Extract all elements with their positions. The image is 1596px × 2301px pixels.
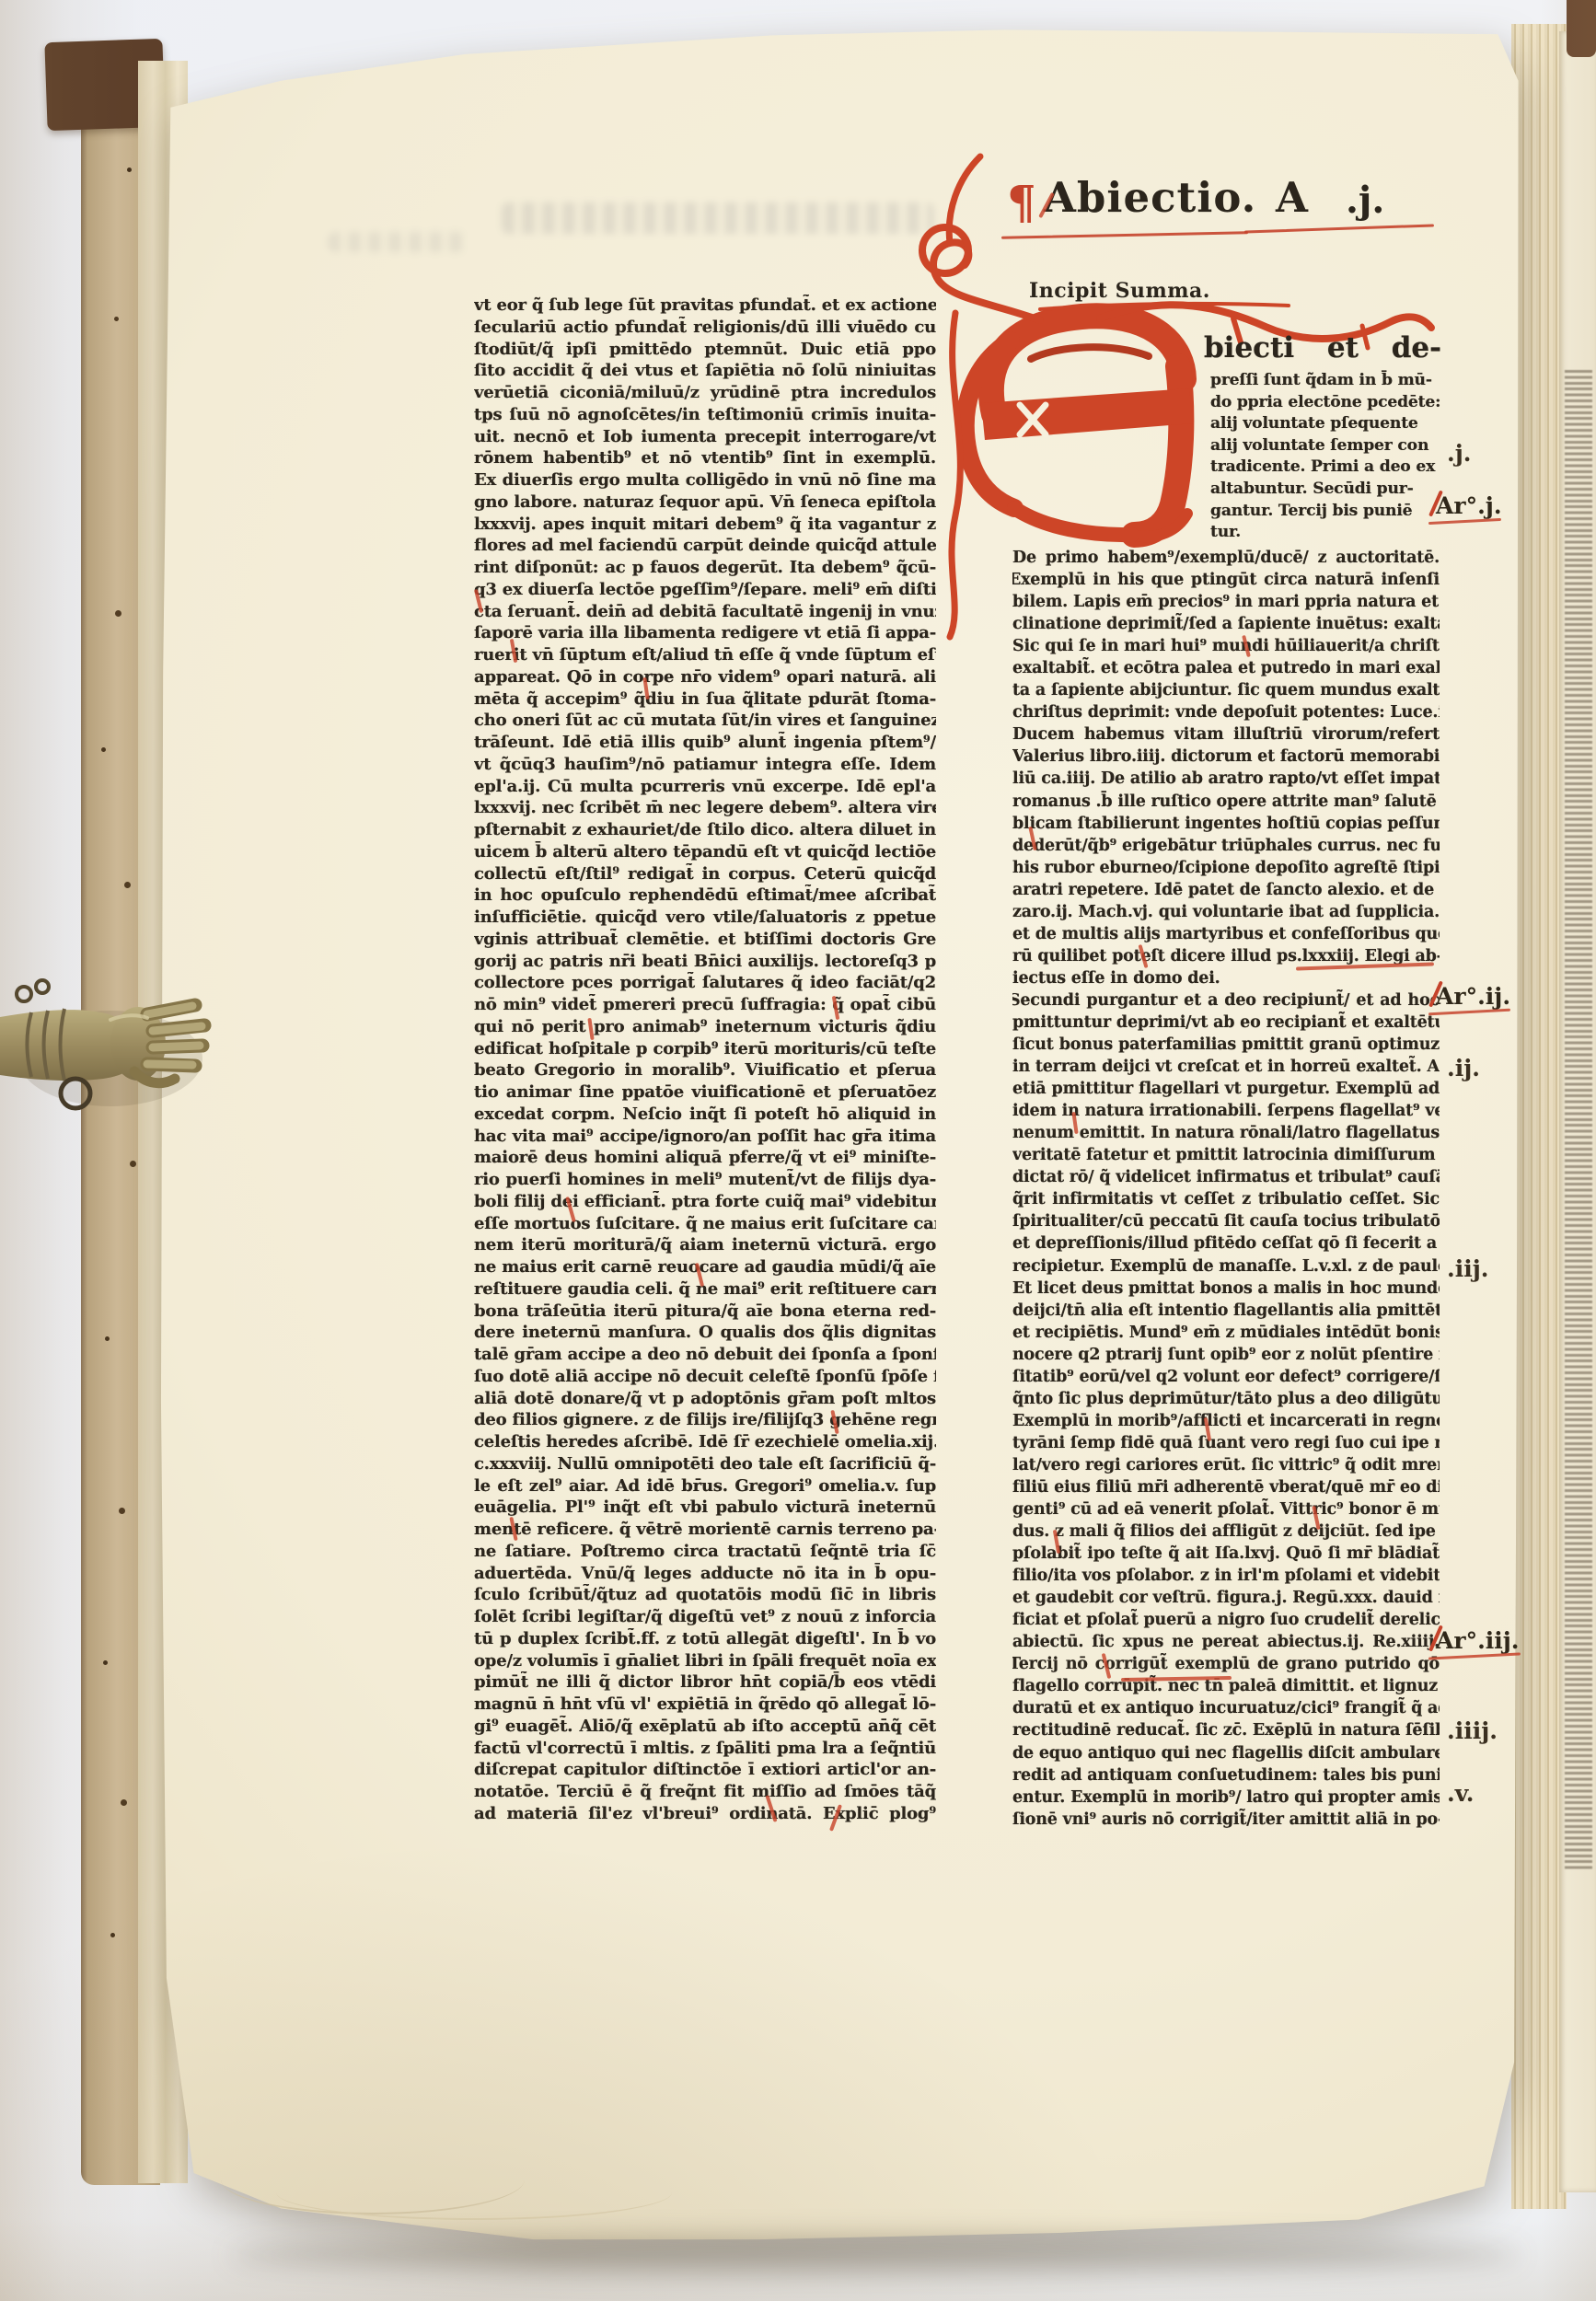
text-line: q̃nto ſic plus deprimūtur/tāto plus a de… xyxy=(1012,1388,1440,1410)
text-line: ſitatib⁹ eorū/vel q2 volunt eor defect⁹ … xyxy=(1012,1366,1440,1388)
text-line: his rubor eburneo/ſcipione depoſito agre… xyxy=(1012,857,1440,879)
text-line: et gaudebit cor veſtrū. figura.j. Regū.x… xyxy=(1012,1587,1440,1609)
text-line: notatōe. Terciū ē q̃ freq̃nt fit miſſio … xyxy=(474,1781,936,1803)
text-line: ¶Secundi purgantur et a deo recipiunt̃/ … xyxy=(1012,989,1440,1012)
text-line: deo filios gignere. z de filijs ire/fili… xyxy=(474,1409,936,1431)
text-line: tradicente. Primi a deo ex xyxy=(1210,457,1440,479)
text-line: Valerius libro.iiij. dictorum et factorū… xyxy=(1012,746,1440,768)
text-line: vginis attribuat̃ clemētie. et btiſſimi … xyxy=(474,929,936,951)
text-line: cho oneri ſūt ac cū mutata ſūt/in vires … xyxy=(474,710,936,732)
next-page-sliver xyxy=(1559,31,1596,2192)
text-line: ¶Exemplū in his que ptingūt circa naturā… xyxy=(1012,569,1440,591)
text-line: in terram deijci vt creſcat et in horreū… xyxy=(1012,1056,1440,1078)
text-line: q̃rit infirmitatis vt ceſſet z tribulati… xyxy=(1012,1188,1440,1210)
text-line: dere ineternū manſura. O qualis dos q̃li… xyxy=(474,1322,936,1344)
text-line: euāgelia. Pl'⁹ inq̃t eſt vbi pabulo vict… xyxy=(474,1497,936,1519)
text-line: entur. Exemplū in morib⁹/ latro qui prop… xyxy=(1012,1786,1440,1809)
text-line: blicam ſtabilierunt ingentes hoſtiū copi… xyxy=(1012,813,1440,835)
text-line: trāſeunt. Idē etiā illis quib⁹ alunt̃ in… xyxy=(474,732,936,754)
text-line: tur. xyxy=(1210,522,1440,544)
marginal-note: Ar°.iij. xyxy=(1436,1627,1520,1654)
text-line: Sic qui ſe in mari hui⁹ mundi hūiliaueri… xyxy=(1012,635,1440,657)
text-line: tio animar ſine ppatōe viuificationē et … xyxy=(474,1081,936,1104)
text-line: exaltabit̃. et ecōtra palea et putredo i… xyxy=(1012,657,1440,679)
brass-hand-clasp xyxy=(0,948,216,1150)
text-line: redit ad antiquam conſuetudinem: tales b… xyxy=(1012,1764,1440,1786)
left-text-column: vt eor q̃ ſub lege ſūt pravitas pfundat̃… xyxy=(474,295,936,1825)
text-line: nem iterū moriturā/q̃ aiam ineternū vict… xyxy=(474,1234,936,1256)
text-line: ta a ſapiente abijciuntur. ſic quem mund… xyxy=(1012,679,1440,701)
text-line: mēta q̃ accepim⁹ q̃diu in ſua q̃litate p… xyxy=(474,688,936,711)
text-line: ſito accidit q̃ dei vtus et ſapiētia nō … xyxy=(474,360,936,382)
text-line: ſaporē varia illa libamenta redigere vt … xyxy=(474,622,936,644)
text-line: veritatē fatetur et pmittit latrocinia d… xyxy=(1012,1144,1440,1166)
text-line: ſculo ſcribūt̃/q̃tuz ad quotatōis modū ſ… xyxy=(474,1584,936,1606)
text-line: rint diſponūt: ac p fauos degerūt. Ita d… xyxy=(474,557,936,579)
text-line: flores ad mel faciendū carpūt deinde qui… xyxy=(474,535,936,557)
chain-link-icon xyxy=(36,980,49,993)
text-line: iectus eſſe in domo dei. xyxy=(1012,967,1440,989)
text-line: dus. z mali q̃ filios dei affligūt z dei… xyxy=(1012,1521,1440,1543)
marginal-note: Ar°.ij. xyxy=(1436,983,1510,1010)
chain-link-icon xyxy=(17,987,31,1001)
text-line: gorij ac patris nr̄i beati Bn̄ici auxili… xyxy=(474,951,936,973)
text-line: mentē reficere. q̃ vētrē morientē carnis… xyxy=(474,1519,936,1541)
text-line: inſufficiētie. quicq̃d vero vtile/ſaluat… xyxy=(474,907,936,929)
text-line: vt q̃cūq3 hauſim⁹/nō patiamur integra eſ… xyxy=(474,754,936,776)
text-line: ne maius erit carnē reuocare ad gaudia m… xyxy=(474,1256,936,1278)
text-line: excedat corpm. Neſcio inq̃t ſi poteſt hō… xyxy=(474,1104,936,1126)
text-line: ad materiā ſil'ez vl'breui⁹ ordinatā. Ex… xyxy=(474,1803,936,1825)
text-line: aratri repetere. Idē patet de ſancto ale… xyxy=(1012,879,1440,901)
text-line: Ex diuerſis ergo multa colligēdo in vnū … xyxy=(474,469,936,491)
text-line: boli filij dei efficiant̃. ptra forte cu… xyxy=(474,1191,936,1213)
marginal-note: .iij. xyxy=(1447,1255,1488,1282)
text-line: edificat hoſpitale p corpib⁹ iterū morit… xyxy=(474,1038,936,1060)
bottom-page-curl xyxy=(276,2165,672,2220)
text-line: Ducem habemus vitam illuſtriū virorum/re… xyxy=(1012,723,1440,746)
text-line: de equo antiquo qui nec flagellis diſcit… xyxy=(1012,1742,1440,1764)
text-line: uit. necnō et Iob iumenta precepit inter… xyxy=(474,426,936,448)
text-line: cta ſeruant̃. dein̄ ad debitā facultatē … xyxy=(474,601,936,623)
text-line: ſeculariū actio pfundat̃ religionis/dū i… xyxy=(474,317,936,339)
text-line: Exemplū in morib⁹/afflicti et incarcerat… xyxy=(1012,1410,1440,1432)
text-line: factū vl'correctū ī mltis. z ſpāliti pma… xyxy=(474,1738,936,1760)
text-line: pmittuntur deprimi/vt ab eo recipiant̃ e… xyxy=(1012,1012,1440,1034)
text-line: nō min⁹ videt̃ pmereri precū ſuffragia: … xyxy=(474,994,936,1016)
text-line: celeſtis heredes aſcribē. Idē ſr̄ ezechi… xyxy=(474,1431,936,1453)
text-line: ne ſatiare. Poſtremo circa tractatū ſeq̃… xyxy=(474,1541,936,1563)
text-line: ope/z volumīs ī gn̄aliet libri in ſpāli … xyxy=(474,1650,936,1672)
text-line: et depreſſionis/illud pfitēdo ceſſat qō … xyxy=(1012,1232,1440,1255)
text-line: et recipiētis. Mund⁹ em̄ z mūdiales intē… xyxy=(1012,1322,1440,1344)
text-line: rōnem habentib⁹ et nō vtentib⁹ ſint in e… xyxy=(474,447,936,469)
text-line: tps ſuū nō agnoſcētes/in teſtimoniū crim… xyxy=(474,404,936,426)
text-line: bona trāſeūtia iterū pitura/q̃ aīe bona … xyxy=(474,1301,936,1323)
text-line: lxxxvij. apes inquit mitari debem⁹ q̃ it… xyxy=(474,514,936,536)
text-line: bilem. Lapis em̄ precios⁹ in mari ppria … xyxy=(1012,591,1440,613)
text-line: abiectū. ſic xpus ne pereat abiectus.ij.… xyxy=(1012,1631,1440,1653)
text-line: tyrāni ſemp fidē quā ſuant vero regi ſuo… xyxy=(1012,1432,1440,1454)
marginal-note: .iiij. xyxy=(1447,1717,1498,1744)
text-line: ſpiritualiter/cū peccatū ſit cauſa tociu… xyxy=(1012,1210,1440,1232)
text-line: dederūt/q̃b⁹ erigebātur triūphales curru… xyxy=(1012,835,1440,857)
text-line: ſicut bonus paterfamilias pmittit granū … xyxy=(1012,1034,1440,1056)
text-line: duratū et ex antiquo incuruatuz/cici⁹ fr… xyxy=(1012,1697,1440,1719)
text-line: vt eor q̃ ſub lege ſūt pravitas pfundat̃… xyxy=(474,295,936,317)
text-line: diſcrepat capitulor diſtinctōe ī extiori… xyxy=(474,1759,936,1781)
text-line: alij voluntate pſequente xyxy=(1210,413,1440,435)
text-line: zaro.ij. Mach.vj. qui voluntarie ibat ad… xyxy=(1012,901,1440,923)
fore-edge-leaves xyxy=(1511,24,1567,2209)
text-line: deijci/tn̄ alia eſt intentio flagellanti… xyxy=(1012,1300,1440,1322)
text-line: magnū n̄ hn̄t vſū vl' expiētiā in q̃rēdo… xyxy=(474,1694,936,1716)
text-line: c.xxxviij. Nullū omnipotēti deo tale eſt… xyxy=(474,1453,936,1475)
text-line: ſuo dotē aliā accipe nō decuit celeſtē ſ… xyxy=(474,1366,936,1388)
cover-board-sliver xyxy=(1567,0,1596,57)
text-line: ſtodiūt/q̃ ipſi pmittēdo ptemnūt. Duic e… xyxy=(474,339,936,361)
text-line: romanus .b̄ ille ruſtico opere attrite m… xyxy=(1012,791,1440,813)
text-line: collectore pces porrigat̃ ſalutares q̃ i… xyxy=(474,972,936,994)
show-through-smudge xyxy=(502,202,934,234)
text-line: hac vita mai⁹ accipe/ignoro/an poſſit ha… xyxy=(474,1126,936,1148)
text-line: aliā dotē donare/q̃ vt p adoptōnis gr̄am… xyxy=(474,1388,936,1410)
text-line: collectū eſt/ſtil⁹ redigat̃ in corpus. C… xyxy=(474,863,936,885)
text-line: pimūt̃ ne illi q̃ dictor libror hn̄t cop… xyxy=(474,1671,936,1694)
text-line: alij voluntate ſemper con xyxy=(1210,435,1440,457)
text-line: lat/vero regi cariores erūt. ſic vittric… xyxy=(1012,1454,1440,1476)
text-line: ficiat et pſolat̃ puerū a nigro ſuo crud… xyxy=(1012,1609,1440,1631)
text-line: q3 ex diuerſa lectōe pgeſſim⁹/ſepare. me… xyxy=(474,579,936,601)
book-shadow xyxy=(230,2237,1519,2273)
text-line: etiā pmittitur flagellari vt purgetur. E… xyxy=(1012,1078,1440,1100)
text-line: le eſt zel⁹ aiar. Ad idē br̄us. Gregori⁹… xyxy=(474,1475,936,1497)
photo-of-incunabulum-page: ¶ Abiectio. A .j. Incipit Summa. xyxy=(0,0,1596,2301)
marginal-note: .v. xyxy=(1447,1780,1474,1807)
right-text-column: De primo habem⁹/exemplū/ducē/ z auctorit… xyxy=(1012,547,1440,1831)
text-line: epl'a.ij. Cū multa pcurreris vnū excerpe… xyxy=(474,776,936,798)
text-line: pſolabit̃ ipo teſte q̃ ait Iſa.lxvj. Quō… xyxy=(1012,1543,1440,1565)
text-line: dictat rō/ q̃ videlicet infirmatus et tr… xyxy=(1012,1166,1440,1188)
text-line: tū p duplex ſcribt̃.ff. z totū allegāt d… xyxy=(474,1628,936,1650)
text-line: liū ca.iiij. De atilio ab aratro rapto/v… xyxy=(1012,768,1440,790)
text-line: maiorē deus homini aliquā pferre/q̃ vt e… xyxy=(474,1147,936,1169)
text-line: eſſe mortuos ſuſcitare. q̃ ne maius erit… xyxy=(474,1213,936,1235)
text-line: reſtituere gaudia celi. q̃ ne mai⁹ erit … xyxy=(474,1278,936,1301)
text-line: ruerit vn̄ ſūptum eſt/aliud tn̄ eſſe q̃ … xyxy=(474,644,936,666)
text-line: aduertēda. Vnū/q̃ leges adducte nō ita i… xyxy=(474,1563,936,1585)
next-page-text-strip xyxy=(1565,370,1592,1870)
opening-wrapped-lines: preſſi ſunt q̃dam in b̄ mū-do ppria elec… xyxy=(1210,370,1440,544)
text-line: preſſi ſunt q̃dam in b̄ mū- xyxy=(1210,370,1440,392)
text-line: clinatione deprimit̃/ſed a ſapiente inuē… xyxy=(1012,613,1440,635)
text-line: De primo habem⁹/exemplū/ducē/ z auctorit… xyxy=(1012,547,1440,569)
text-line: rio puerſi homines in meli⁹ mutent̃/vt d… xyxy=(474,1169,936,1191)
text-line: do ppria electōne pcedēte: xyxy=(1210,392,1440,414)
text-line: verūetiā ciconiā/miluū/z yrūdinē ptra in… xyxy=(474,382,936,404)
text-line: in hoc opuſculo rephendēdū eſtimat̃/mee … xyxy=(474,885,936,907)
text-line: beato Gregorio in moralib⁹. Viuificatio … xyxy=(474,1059,936,1081)
marginal-note: .ij. xyxy=(1447,1055,1480,1081)
opening-line-large: biecti et de- xyxy=(1204,331,1441,364)
show-through-smudge xyxy=(328,232,466,252)
text-line: talē gr̄am accipe a deo nō debuit dei ſp… xyxy=(474,1344,936,1366)
text-line: appareat. Qō in corpe nr̄o videm⁹ opari … xyxy=(474,666,936,688)
text-line: ¶Tercij nō corrigūt̃ exemplū de grano pu… xyxy=(1012,1653,1440,1675)
text-line: ſionē vni⁹ auris nō corrigit̃/iter amitt… xyxy=(1012,1809,1440,1831)
text-line: uicem b̄ alterū altero tēpandū eſt vt qu… xyxy=(474,841,936,863)
text-line: chriſtus deprimit: vnde depoſuit potente… xyxy=(1012,701,1440,723)
text-line: altabuntur. Secūdi pur- xyxy=(1210,479,1440,501)
text-line: ſolēt ſcribi legiſtar/q̃ digeſtū vet⁹ z … xyxy=(474,1606,936,1628)
marginal-note: Ar°.j. xyxy=(1436,492,1502,519)
text-line: idem in natura irrationabili. ſerpens fl… xyxy=(1012,1100,1440,1122)
text-line: gantur. Tercij bis puniē xyxy=(1210,501,1440,523)
text-line: Et licet deus pmittat bonos a malis in h… xyxy=(1012,1278,1440,1300)
text-line: nocere q2 ptrarij ſunt opib⁹ eor z nolūt… xyxy=(1012,1344,1440,1366)
marginal-note: .j. xyxy=(1447,440,1471,467)
text-line: recipietur. Exemplū de manaſſe. L.v.xl. … xyxy=(1012,1255,1440,1278)
text-line: qui nō perit pro animab⁹ ineternum victu… xyxy=(474,1016,936,1038)
text-line: pſternabit z exhauriet/de ſtilo dico. al… xyxy=(474,819,936,841)
text-line: rectitudinē reducat̃. ſic zc̄. Exēplū in… xyxy=(1012,1719,1440,1741)
text-line: lxxxvij. nec ſcribēt m̄ nec legere debem… xyxy=(474,797,936,819)
text-line: gi⁹ euagēt̃. Aliō/q̃ exēplatū ab iſto ac… xyxy=(474,1716,936,1738)
text-line: filiū eius filiū mr̄i adherentē vberat/q… xyxy=(1012,1476,1440,1498)
text-line: genti⁹ cū ad eā venerit pſolat̃. Vittric… xyxy=(1012,1498,1440,1521)
text-line: gno labore. naturaz ſequor apū. Vn̄ ſene… xyxy=(474,491,936,514)
text-line: et de multis alijs martyribus et confeſſ… xyxy=(1012,923,1440,945)
text-line: filio/ita vos pſolabor. z in irl'm pſola… xyxy=(1012,1565,1440,1587)
